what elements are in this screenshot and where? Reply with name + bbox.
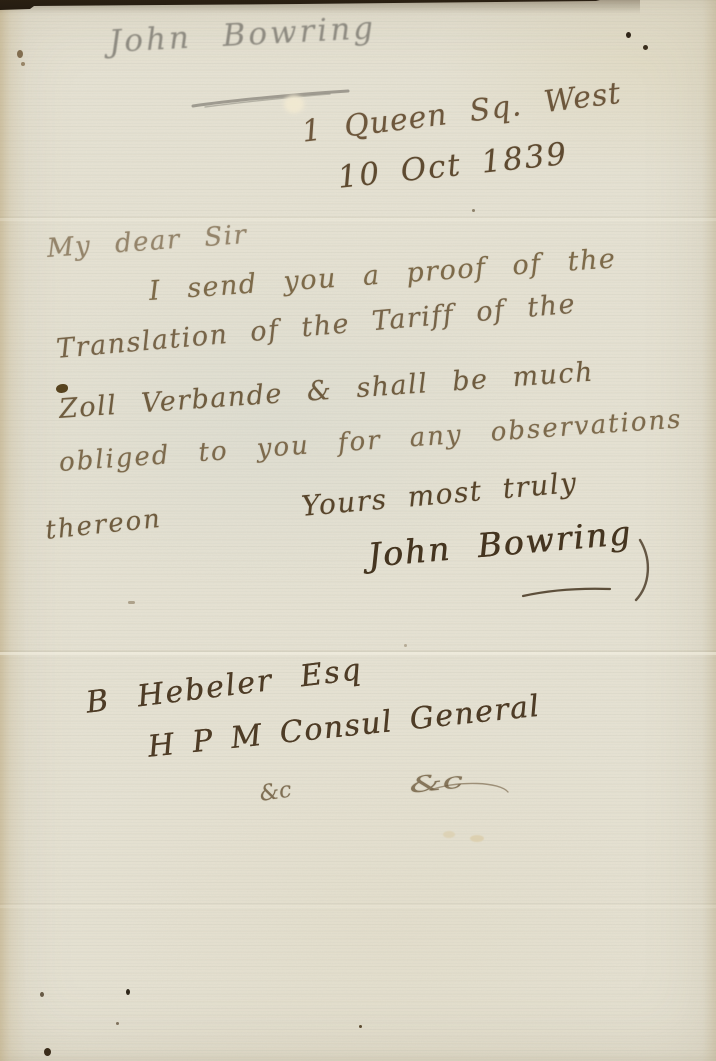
- closing-line: Yours most truly: [300, 466, 579, 523]
- paper-stain: [470, 835, 484, 842]
- fold-crease: [0, 216, 716, 221]
- etcetera-mark: &c: [408, 768, 465, 799]
- body-line: thereon: [44, 504, 163, 546]
- fold-crease: [0, 903, 716, 908]
- foxing-spot: [21, 62, 25, 66]
- ink-blot: [56, 384, 68, 393]
- body-line: Zoll Verbande & shall be much: [58, 357, 595, 425]
- ink-speck: [472, 209, 475, 212]
- salutation: My dear Sir: [46, 220, 248, 264]
- foxing-spot: [359, 1025, 362, 1028]
- ink-speck: [626, 32, 631, 38]
- paper-stain: [443, 831, 455, 838]
- address-line: 1 Queen Sq. West: [300, 76, 623, 150]
- etcetera-mark: &c: [258, 778, 293, 807]
- foxing-spot: [116, 1022, 119, 1025]
- foxing-spot: [126, 989, 130, 995]
- body-line: Translation of the Tariff of the: [55, 289, 577, 365]
- ink-speck: [643, 45, 648, 50]
- pencil-annotation: John Bowring: [108, 10, 377, 60]
- signature: John Bowring: [366, 513, 634, 575]
- date-line: 10 Oct 1839: [336, 136, 570, 196]
- foxing-spot: [404, 644, 407, 647]
- letter-photo: John Bowring 1 Queen Sq. West 10 Oct 183…: [0, 0, 716, 1061]
- foxing-spot: [17, 50, 23, 58]
- foxing-spot: [40, 992, 44, 997]
- pencil-speck: [128, 601, 135, 604]
- foxing-spot: [44, 1048, 51, 1056]
- paper-flaw-spot: [284, 95, 304, 113]
